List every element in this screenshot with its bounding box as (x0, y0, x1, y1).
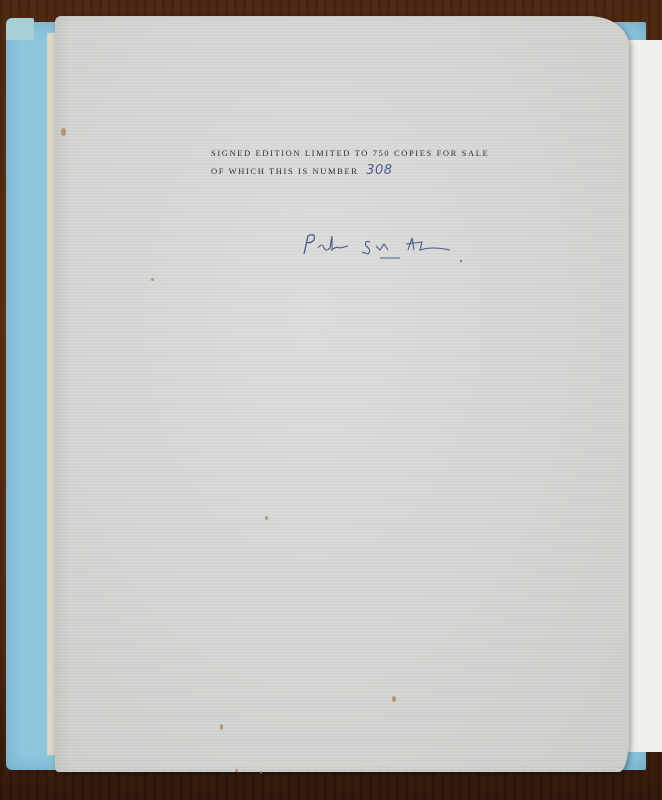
handwritten-copy-number: 308 (366, 163, 392, 178)
foxing-spot (235, 769, 238, 772)
foxing-spot (220, 724, 223, 730)
foxing-spot (265, 516, 268, 520)
limitation-line-2: of which this is number 308 (211, 162, 551, 180)
foxing-spot (260, 771, 262, 774)
dust-jacket-torn-corner (6, 18, 34, 40)
limitation-statement: Signed edition limited to 750 copies for… (211, 144, 551, 180)
limitation-line-2-text: of which this is number (211, 166, 358, 176)
limitation-line-1: Signed edition limited to 750 copies for… (211, 144, 551, 162)
author-signature-icon (300, 228, 470, 264)
limitation-page: Signed edition limited to 750 copies for… (55, 16, 629, 772)
foxing-spot (392, 696, 396, 702)
paper-texture (55, 16, 629, 772)
foxing-spot (61, 128, 66, 136)
foxing-spot (151, 278, 154, 281)
